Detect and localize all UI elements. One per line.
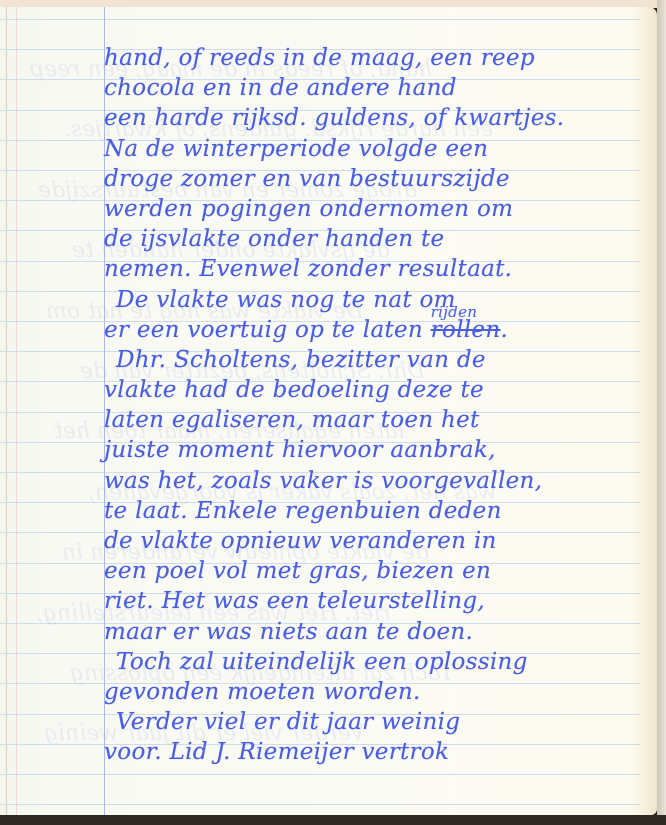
text-line: Toch zal uiteindelijk een oplossing: [104, 647, 657, 677]
ruled-line: [0, 19, 640, 20]
text-line: was het, zoals vaker is voorgevallen,: [104, 466, 657, 496]
text-line: nemen. Evenwel zonder resultaat.: [104, 254, 657, 284]
text-line-with-correction: er een voertuig op te laten rijdenrollen…: [104, 315, 657, 345]
text-line: juiste moment hiervoor aanbrak,: [104, 435, 657, 465]
inserted-word: rijden: [431, 297, 478, 327]
text-line: maar er was niets aan te doen.: [104, 617, 657, 647]
text-line: Na de winterperiode volgde een: [104, 134, 657, 164]
ruled-line: [0, 804, 640, 805]
text-line: chocola en in de andere hand: [104, 73, 657, 103]
handwritten-text: hand, of reeds in de maag, een reep choc…: [104, 43, 657, 768]
binding-fold: [6, 7, 7, 815]
text-line: gevonden moeten worden.: [104, 677, 657, 707]
notebook-page: hand, of reeds in de maag, een reepeen h…: [0, 7, 657, 815]
left-pink-line: [16, 7, 17, 815]
text-line: laten egaliseren, maar toen het: [104, 405, 657, 435]
page-right-edge: [657, 0, 666, 815]
text-line: droge zomer en van bestuurszijde: [104, 164, 657, 194]
text-line: vlakte had de bedoeling deze te: [104, 375, 657, 405]
text-line: te laat. Enkele regenbuien deden: [104, 496, 657, 526]
text-line: hand, of reeds in de maag, een reep: [104, 43, 657, 73]
text-line: werden pogingen ondernomen om: [104, 194, 657, 224]
scan-bottom-edge: [0, 815, 666, 825]
text-line: een poel vol met gras, biezen en: [104, 556, 657, 586]
text-line: Dhr. Scholtens, bezitter van de: [104, 345, 657, 375]
text-line: een harde rijksd. guldens, of kwartjes.: [104, 103, 657, 133]
text-line: riet. Het was een teleurstelling,: [104, 586, 657, 616]
text-line: de vlakte opnieuw veranderen in: [104, 526, 657, 556]
text-line: de ijsvlakte onder handen te: [104, 224, 657, 254]
text-line: De vlakte was nog te nat om: [104, 285, 657, 315]
text-line: voor. Lid J. Riemeijer vertrok: [104, 737, 657, 767]
ruled-line: [0, 774, 640, 775]
text-line: Verder viel er dit jaar weinig: [104, 707, 657, 737]
